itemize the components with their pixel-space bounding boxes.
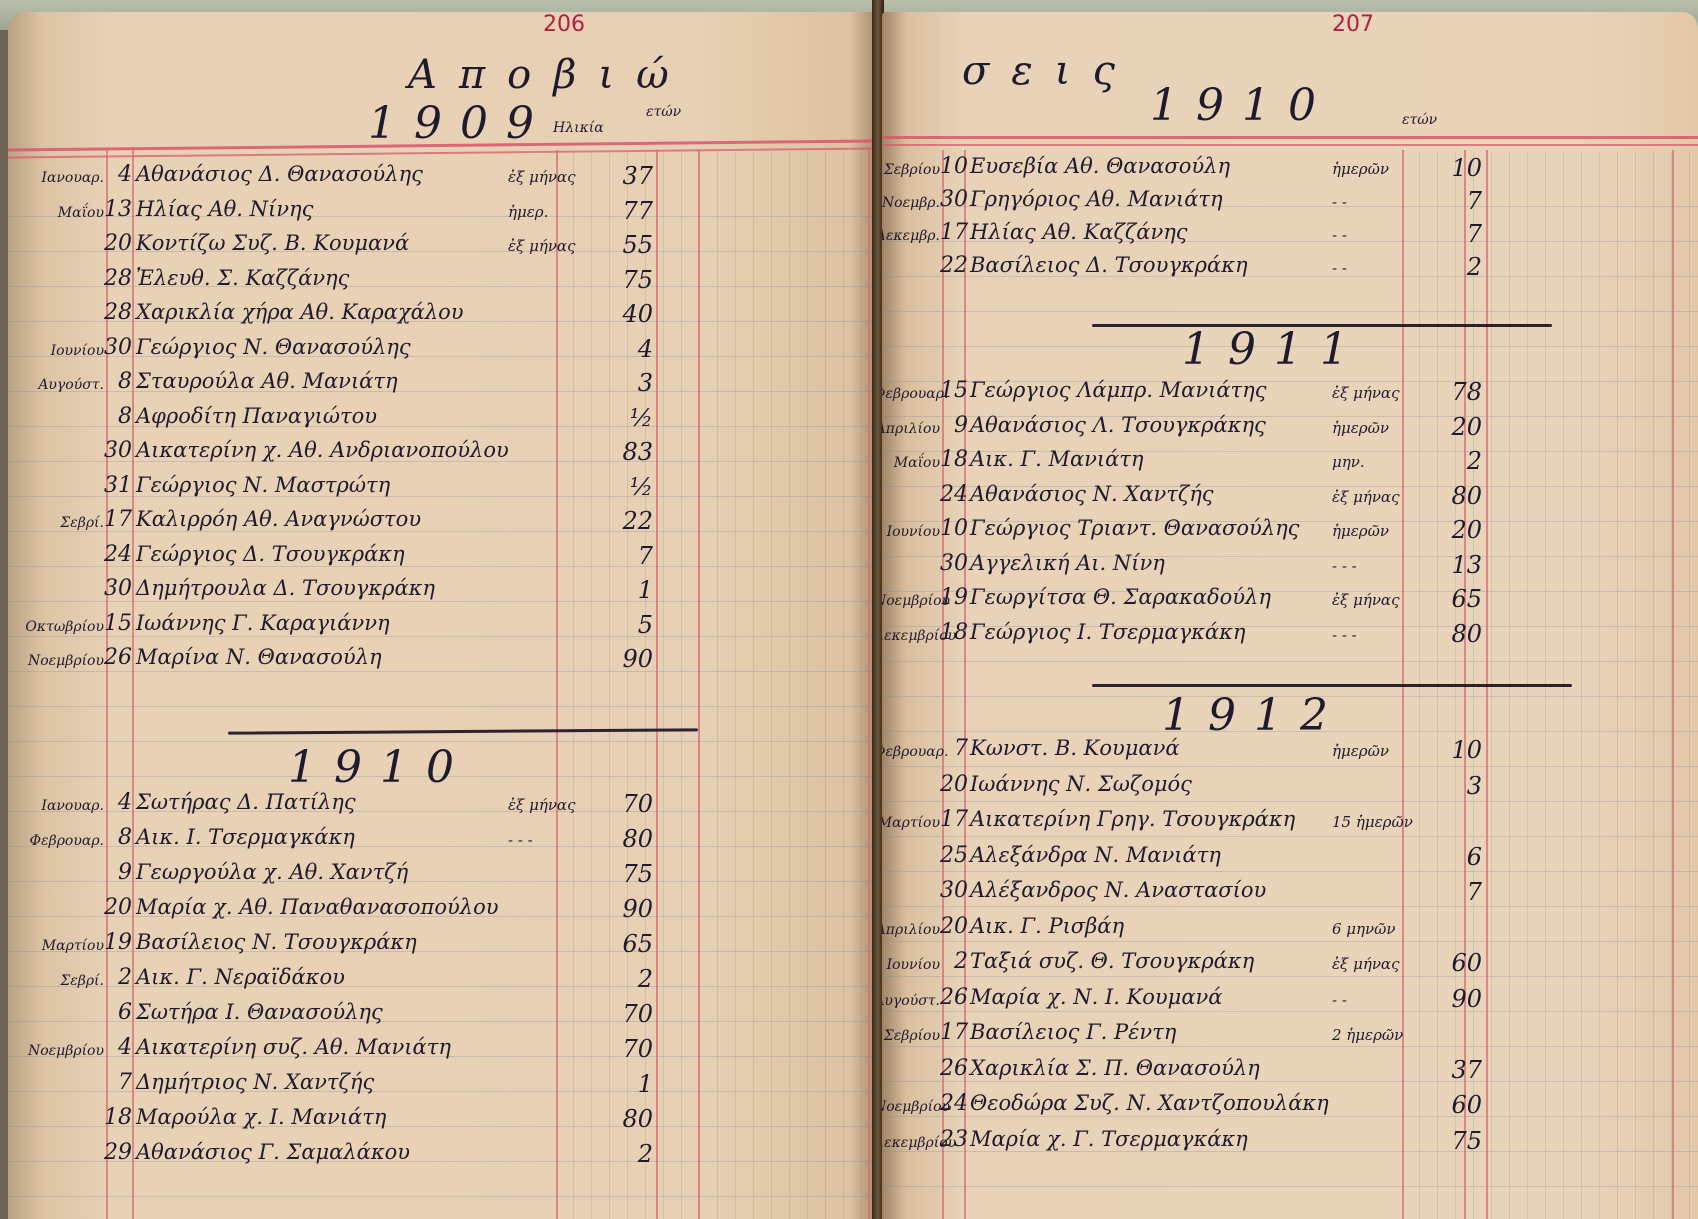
section-divider: [1092, 684, 1572, 687]
page-number: 207: [1332, 12, 1374, 37]
age-cell: 80: [608, 825, 653, 853]
name-cell: Χαρικλία Σ. Π. Θανασούλη: [970, 1056, 1260, 1080]
month-cell: Αυγούστ.: [22, 377, 104, 393]
name-cell: Μαρία χ. Αθ. Παναθανασοπούλου: [136, 895, 498, 919]
month-cell: Απριλίου: [882, 421, 940, 437]
table-row: Φεβρουαρ.15Γεώργιος Λάμπρ. Μανιάτηςἐξ μή…: [882, 378, 1698, 412]
age-cell: 1: [608, 576, 653, 604]
table-row: Φεβρουαρ.8Αικ. Ι. Τσερμαγκάκη- - -80: [8, 825, 876, 859]
age-cell: 6: [1430, 843, 1482, 871]
name-cell: Γεώργιος Τριαντ. Θανασούλης: [970, 516, 1299, 540]
month-cell: Σεβρίου: [882, 162, 940, 178]
age-cell: 7: [1430, 878, 1482, 906]
name-cell: Αικ. Γ. Ρισβάη: [970, 914, 1124, 938]
name-cell: Βασίλειος Δ. Τσουγκράκη: [970, 253, 1248, 277]
name-cell: Αικατερίνη χ. Αθ. Ανδριανοπούλου: [136, 438, 509, 462]
unit-cell: - -: [1332, 226, 1347, 244]
day-cell: 9: [104, 860, 132, 885]
day-cell: 30: [104, 438, 132, 463]
table-row: Οκτωβρίου15Ιωάννης Γ. Καραγιάννη5: [8, 611, 876, 645]
age-cell: 65: [1430, 585, 1482, 613]
day-cell: 8: [104, 825, 132, 850]
table-row: Ιουνίου2Ταξιά συζ. Θ. Τσουγκράκηἐξ μήνας…: [882, 949, 1698, 983]
column-header-age: ετών: [1402, 112, 1437, 128]
unit-cell: - - -: [508, 831, 533, 849]
day-cell: 17: [104, 507, 132, 532]
name-cell: Ηλίας Αθ. Καζζάνης: [970, 220, 1188, 244]
table-row: 30Αλέξανδρος Ν. Αναστασίου7: [882, 878, 1698, 912]
unit-cell: 15 ἡμερῶν: [1332, 813, 1413, 831]
unit-cell: μην.: [1332, 453, 1365, 471]
day-cell: 8: [104, 369, 132, 394]
age-cell: 83: [608, 438, 653, 466]
day-cell: 26: [104, 645, 132, 670]
month-cell: Δεκεμβρίου: [882, 628, 940, 644]
name-cell: Αικατερίνη Γρηγ. Τσουγκράκη: [970, 807, 1295, 831]
table-row: Φεβρουαρ.7Κωνστ. Β. Κουμανάἡμερῶν10: [882, 736, 1698, 770]
name-cell: Κωνστ. Β. Κουμανά: [970, 736, 1180, 760]
table-row: Νοεμβρίου26Μαρίνα Ν. Θανασούλη90: [8, 645, 876, 679]
day-cell: 10: [938, 154, 968, 179]
age-cell: 3: [1430, 772, 1482, 800]
table-row: Απριλίου9Αθανάσιος Λ. Τσουγκράκηςἡμερῶν2…: [882, 413, 1698, 447]
age-cell: 90: [608, 895, 653, 923]
age-cell: 2: [1430, 253, 1482, 281]
name-cell: Γεώργιος Ι. Τσερμαγκάκη: [970, 620, 1245, 644]
table-row: 24Γεώργιος Δ. Τσουγκράκη7: [8, 542, 876, 576]
day-cell: 20: [104, 231, 132, 256]
name-cell: Σωτήρα Ι. Θανασούλης: [136, 1000, 383, 1024]
age-cell: 70: [608, 1035, 653, 1063]
name-cell: Αικ. Γ. Νεραϊδάκου: [136, 965, 345, 989]
day-cell: 19: [104, 930, 132, 955]
unit-cell: ἡμερῶν: [1332, 742, 1389, 760]
unit-cell: - -: [1332, 259, 1347, 277]
table-row: 30Αγγελική Αι. Νίνη- - -13: [882, 551, 1698, 585]
month-cell: Φεβρουαρ.: [882, 744, 940, 760]
ledger-photo: 206 Αποβιώ Ηλικία ετών 1909 Ιανουαρ.4Αθα…: [0, 0, 1698, 1219]
year-heading: 1910: [288, 742, 472, 793]
month-cell: Ιουνίου: [22, 343, 104, 359]
name-cell: Γεωργούλα χ. Αθ. Χαντζή: [136, 860, 408, 884]
day-cell: 2: [104, 965, 132, 990]
table-row: Δεκεμβρίου18Γεώργιος Ι. Τσερμαγκάκη- - -…: [882, 620, 1698, 654]
month-cell: Φεβρουαρ.: [882, 386, 940, 402]
age-cell: 13: [1430, 551, 1482, 579]
table-row: Σεβρίου17Βασίλειος Γ. Ρέντη2 ἡμερῶν: [882, 1020, 1698, 1054]
day-cell: 6: [104, 1000, 132, 1025]
table-row: 24Αθανάσιος Ν. Χαντζήςἐξ μήνας80: [882, 482, 1698, 516]
day-cell: 23: [938, 1127, 968, 1152]
age-cell: 1: [608, 1070, 653, 1098]
table-row: Δεκεμβρίου23Μαρία χ. Γ. Τσερμαγκάκη75: [882, 1127, 1698, 1161]
name-cell: Μαρίνα Ν. Θανασούλη: [136, 645, 382, 669]
day-cell: 30: [938, 878, 968, 903]
name-cell: Αθανάσιος Δ. Θανασούλης: [136, 162, 423, 186]
age-cell: 4: [608, 335, 653, 363]
day-cell: 17: [938, 1020, 968, 1045]
day-cell: 2: [938, 949, 968, 974]
day-cell: 24: [938, 1091, 968, 1116]
month-cell: Νοεμβρίου: [22, 1043, 104, 1059]
age-cell: ½: [608, 404, 653, 432]
table-row: Νοεμβρίου4Αικατερίνη συζ. Αθ. Μανιάτη70: [8, 1035, 876, 1069]
age-cell: 80: [1430, 482, 1482, 510]
name-cell: Αγγελική Αι. Νίνη: [970, 551, 1165, 575]
name-cell: Γρηγόριος Αθ. Μανιάτη: [970, 187, 1223, 211]
day-cell: 15: [938, 378, 968, 403]
name-cell: Ευσεβία Αθ. Θανασούλη: [970, 154, 1230, 178]
age-cell: 90: [608, 645, 653, 673]
name-cell: Γεώργιος Ν. Μαστρώτη: [136, 473, 390, 497]
table-row: 20Μαρία χ. Αθ. Παναθανασοπούλου90: [8, 895, 876, 929]
name-cell: Σωτήρας Δ. Πατίλης: [136, 790, 356, 814]
name-cell: Μαρούλα χ. Ι. Μανιάτη: [136, 1105, 386, 1129]
name-cell: Γεώργιος Λάμπρ. Μανιάτης: [970, 378, 1267, 402]
unit-cell: - - -: [1332, 626, 1357, 644]
name-cell: Βασίλειος Γ. Ρέντη: [970, 1020, 1176, 1044]
table-row: 7Δημήτριος Ν. Χαντζής1: [8, 1070, 876, 1104]
age-cell: 60: [1430, 1091, 1482, 1119]
day-cell: 4: [104, 790, 132, 815]
table-row: Αυγούστ.26Μαρία χ. Ν. Ι. Κουμανά- -90: [882, 985, 1698, 1019]
table-row: 8Αφροδίτη Παναγιώτου½: [8, 404, 876, 438]
age-cell: 20: [1430, 413, 1482, 441]
table-row: 9Γεωργούλα χ. Αθ. Χαντζή75: [8, 860, 876, 894]
age-cell: 75: [608, 860, 653, 888]
name-cell: Αθανάσιος Γ. Σαμαλάκου: [136, 1140, 410, 1164]
age-cell: 60: [1430, 949, 1482, 977]
day-cell: 18: [104, 1105, 132, 1130]
unit-cell: - -: [1332, 193, 1347, 211]
age-cell: 10: [1430, 154, 1482, 182]
age-cell: 5: [608, 611, 653, 639]
header-red-rule: [882, 136, 1698, 139]
month-cell: Ιουνίου: [882, 957, 940, 973]
age-cell: 2: [1430, 447, 1482, 475]
table-row: Αυγούστ.8Σταυρούλα Αθ. Μανιάτη3: [8, 369, 876, 403]
month-cell: Δεκεμβρ.: [882, 228, 940, 244]
year-heading: 1910: [1150, 80, 1334, 131]
day-cell: 19: [938, 585, 968, 610]
age-cell: 75: [608, 266, 653, 294]
month-cell: Νοεμβρίου: [882, 1099, 940, 1115]
name-cell: Δημήτρουλα Δ. Τσουγκράκη: [136, 576, 435, 600]
table-row: 30Αικατερίνη χ. Αθ. Ανδριανοπούλου83: [8, 438, 876, 472]
page-number: 206: [543, 12, 585, 37]
day-cell: 31: [104, 473, 132, 498]
month-cell: Ιανουαρ.: [22, 170, 104, 186]
month-cell: Σεβρίου: [882, 1028, 940, 1044]
month-cell: Μαρτίου: [882, 815, 940, 831]
name-cell: Θεοδώρα Συζ. Ν. Χαντζοπουλάκη: [970, 1091, 1329, 1115]
age-cell: 2: [608, 1140, 653, 1168]
unit-cell: ἐξ μήνας: [508, 168, 575, 186]
table-row: Σεβρί.17Καλιρρόη Αθ. Αναγνώστου22: [8, 507, 876, 541]
column-header-unit: Ηλικία: [553, 120, 604, 136]
name-cell: Μαρία χ. Ν. Ι. Κουμανά: [970, 985, 1222, 1009]
day-cell: 24: [104, 542, 132, 567]
name-cell: Ιωάννης Γ. Καραγιάννη: [136, 611, 390, 635]
table-row: Μαρτίου19Βασίλειος Ν. Τσουγκράκη65: [8, 930, 876, 964]
age-cell: 80: [1430, 620, 1482, 648]
month-cell: Νοεμβρίου: [22, 653, 104, 669]
age-cell: 7: [608, 542, 653, 570]
day-cell: 28: [104, 300, 132, 325]
name-cell: Αθανάσιος Ν. Χαντζής: [970, 482, 1214, 506]
age-cell: 37: [1430, 1056, 1482, 1084]
table-row: Νοεμβρίου19Γεωργίτσα Θ. Σαρακαδούληἐξ μή…: [882, 585, 1698, 619]
name-cell: Γεώργιος Δ. Τσουγκράκη: [136, 542, 405, 566]
name-cell: Ιωάννης Ν. Σωζομός: [970, 772, 1192, 796]
name-cell: Αικ. Ι. Τσερμαγκάκη: [136, 825, 355, 849]
day-cell: 10: [938, 516, 968, 541]
day-cell: 26: [938, 1056, 968, 1081]
age-cell: 90: [1430, 985, 1482, 1013]
header-red-rule-2: [882, 144, 1698, 146]
right-page: 207 σεις ετών 1910 Σεβρίου10Ευσεβία Αθ. …: [882, 12, 1698, 1219]
name-cell: Χαρικλία χήρα Αθ. Καραχάλου: [136, 300, 464, 324]
month-cell: Φεβρουαρ.: [22, 833, 104, 849]
unit-cell: 6 μηνῶν: [1332, 920, 1396, 938]
month-cell: Αυγούστ.: [882, 993, 940, 1009]
name-cell: Μαρία χ. Γ. Τσερμαγκάκη: [970, 1127, 1248, 1151]
name-cell: Ταξιά συζ. Θ. Τσουγκράκη: [970, 949, 1254, 973]
month-cell: Ιανουαρ.: [22, 798, 104, 814]
table-row: 20Ιωάννης Ν. Σωζομός3: [882, 772, 1698, 806]
day-cell: 30: [938, 187, 968, 212]
left-page: 206 Αποβιώ Ηλικία ετών 1909 Ιανουαρ.4Αθα…: [8, 12, 876, 1219]
name-cell: Ἐλευθ. Σ. Καζζάνης: [136, 266, 349, 290]
age-cell: 20: [1430, 516, 1482, 544]
day-cell: 30: [104, 576, 132, 601]
table-row: Ιουνίου30Γεώργιος Ν. Θανασούλης4: [8, 335, 876, 369]
unit-cell: ἐξ μήνας: [1332, 488, 1399, 506]
name-cell: Καλιρρόη Αθ. Αναγνώστου: [136, 507, 421, 531]
month-cell: Ιουνίου: [882, 524, 940, 540]
name-cell: Κοντίζω Συζ. Β. Κουμανά: [136, 231, 409, 255]
name-cell: Αθανάσιος Λ. Τσουγκράκης: [970, 413, 1266, 437]
unit-cell: ἡμερῶν: [1332, 522, 1389, 540]
table-row: Σεβρίου10Ευσεβία Αθ. Θανασούληἡμερῶν10: [882, 154, 1698, 188]
name-cell: Δημήτριος Ν. Χαντζής: [136, 1070, 374, 1094]
table-row: Απριλίου20Αικ. Γ. Ρισβάη6 μηνῶν: [882, 914, 1698, 948]
table-row: Ιουνίου10Γεώργιος Τριαντ. Θανασούληςἡμερ…: [882, 516, 1698, 550]
name-cell: Αφροδίτη Παναγιώτου: [136, 404, 377, 428]
unit-cell: - -: [1332, 991, 1347, 1009]
table-row: 30Δημήτρουλα Δ. Τσουγκράκη1: [8, 576, 876, 610]
name-cell: Αλέξανδρος Ν. Αναστασίου: [970, 878, 1266, 902]
table-row: Ιανουαρ.4Σωτήρας Δ. Πατίληςἐξ μήνας70: [8, 790, 876, 824]
name-cell: Αικατερίνη συζ. Αθ. Μανιάτη: [136, 1035, 451, 1059]
page-heading: Αποβιώ: [408, 52, 691, 98]
day-cell: 4: [104, 1035, 132, 1060]
table-row: Ιανουαρ.4Αθανάσιος Δ. Θανασούληςἐξ μήνας…: [8, 162, 876, 196]
month-cell: Δεκεμβρίου: [882, 1135, 940, 1151]
page-heading: σεις: [962, 48, 1137, 94]
day-cell: 9: [938, 413, 968, 438]
day-cell: 26: [938, 985, 968, 1010]
age-cell: ½: [608, 473, 653, 501]
table-row: 28Χαρικλία χήρα Αθ. Καραχάλου40: [8, 300, 876, 334]
unit-cell: - - -: [1332, 557, 1357, 575]
month-cell: Μαΐου: [22, 205, 104, 221]
day-cell: 28: [104, 266, 132, 291]
day-cell: 20: [104, 895, 132, 920]
age-cell: 22: [608, 507, 653, 535]
day-cell: 7: [938, 736, 968, 761]
age-cell: 70: [608, 1000, 653, 1028]
name-cell: Αλεξάνδρα Ν. Μανιάτη: [970, 843, 1221, 867]
age-cell: 40: [608, 300, 653, 328]
age-cell: 2: [608, 965, 653, 993]
name-cell: Γεωργίτσα Θ. Σαρακαδούλη: [970, 585, 1271, 609]
table-row: 18Μαρούλα χ. Ι. Μανιάτη80: [8, 1105, 876, 1139]
day-cell: 20: [938, 914, 968, 939]
age-cell: 70: [608, 790, 653, 818]
day-cell: 17: [938, 220, 968, 245]
unit-cell: ἐξ μήνας: [1332, 384, 1399, 402]
table-row: Νοεμβρ.30Γρηγόριος Αθ. Μανιάτη- -7: [882, 187, 1698, 221]
table-row: 20Κοντίζω Συζ. Β. Κουμανάἐξ μήνας55: [8, 231, 876, 265]
day-cell: 30: [104, 335, 132, 360]
month-cell: Οκτωβρίου: [22, 619, 104, 635]
unit-cell: ἐξ μήνας: [508, 796, 575, 814]
table-row: 26Χαρικλία Σ. Π. Θανασούλη37: [882, 1056, 1698, 1090]
unit-cell: ἡμερ.: [508, 203, 548, 221]
day-cell: 7: [104, 1070, 132, 1095]
age-cell: 65: [608, 930, 653, 958]
month-cell: Νοεμβρ.: [882, 195, 940, 211]
age-cell: 37: [608, 162, 653, 190]
age-cell: 78: [1430, 378, 1482, 406]
table-row: Μαΐου18Αικ. Γ. Μανιάτημην.2: [882, 447, 1698, 481]
month-cell: Μαΐου: [882, 455, 940, 471]
month-cell: Απριλίου: [882, 922, 940, 938]
column-header-age: ετών: [646, 104, 681, 120]
unit-cell: ἐξ μήνας: [1332, 955, 1399, 973]
table-row: Μαΐου13Ηλίας Αθ. Νίνηςἡμερ.77: [8, 197, 876, 231]
unit-cell: ἡμερῶν: [1332, 160, 1389, 178]
table-row: Νοεμβρίου24Θεοδώρα Συζ. Ν. Χαντζοπουλάκη…: [882, 1091, 1698, 1125]
month-cell: Νοεμβρίου: [882, 593, 940, 609]
day-cell: 30: [938, 551, 968, 576]
name-cell: Σταυρούλα Αθ. Μανιάτη: [136, 369, 398, 393]
table-row: 25Αλεξάνδρα Ν. Μανιάτη6: [882, 843, 1698, 877]
month-cell: Σεβρί.: [22, 515, 104, 531]
name-cell: Γεώργιος Ν. Θανασούλης: [136, 335, 411, 359]
unit-cell: ἐξ μήνας: [1332, 591, 1399, 609]
name-cell: Αικ. Γ. Μανιάτη: [970, 447, 1144, 471]
day-cell: 18: [938, 620, 968, 645]
day-cell: 24: [938, 482, 968, 507]
name-cell: Βασίλειος Ν. Τσουγκράκη: [136, 930, 417, 954]
day-cell: 8: [104, 404, 132, 429]
year-heading: 1909: [368, 98, 552, 149]
day-cell: 17: [938, 807, 968, 832]
day-cell: 4: [104, 162, 132, 187]
table-row: Σεβρί.2Αικ. Γ. Νεραϊδάκου2: [8, 965, 876, 999]
table-row: 28Ἐλευθ. Σ. Καζζάνης75: [8, 266, 876, 300]
day-cell: 22: [938, 253, 968, 278]
day-cell: 15: [104, 611, 132, 636]
day-cell: 20: [938, 772, 968, 797]
table-row: 22Βασίλειος Δ. Τσουγκράκη- -2: [882, 253, 1698, 287]
unit-cell: ἡμερῶν: [1332, 419, 1389, 437]
month-cell: Σεβρί.: [22, 973, 104, 989]
age-cell: 10: [1430, 736, 1482, 764]
age-cell: 75: [1430, 1127, 1482, 1155]
table-row: 31Γεώργιος Ν. Μαστρώτη½: [8, 473, 876, 507]
day-cell: 29: [104, 1140, 132, 1165]
table-row: Δεκεμβρ.17Ηλίας Αθ. Καζζάνης- -7: [882, 220, 1698, 254]
name-cell: Ηλίας Αθ. Νίνης: [136, 197, 313, 221]
age-cell: 7: [1430, 187, 1482, 215]
age-cell: 3: [608, 369, 653, 397]
table-row: 6Σωτήρα Ι. Θανασούλης70: [8, 1000, 876, 1034]
year-heading: 1912: [1162, 690, 1346, 741]
table-row: Μαρτίου17Αικατερίνη Γρηγ. Τσουγκράκη15 ἡ…: [882, 807, 1698, 841]
age-cell: 80: [608, 1105, 653, 1133]
day-cell: 25: [938, 843, 968, 868]
year-heading: 1911: [1182, 324, 1366, 375]
unit-cell: 2 ἡμερῶν: [1332, 1026, 1403, 1044]
table-row: 29Αθανάσιος Γ. Σαμαλάκου2: [8, 1140, 876, 1174]
day-cell: 13: [104, 197, 132, 222]
age-cell: 77: [608, 197, 653, 225]
age-cell: 55: [608, 231, 653, 259]
day-cell: 18: [938, 447, 968, 472]
age-cell: 7: [1430, 220, 1482, 248]
unit-cell: ἐξ μήνας: [508, 237, 575, 255]
month-cell: Μαρτίου: [22, 938, 104, 954]
